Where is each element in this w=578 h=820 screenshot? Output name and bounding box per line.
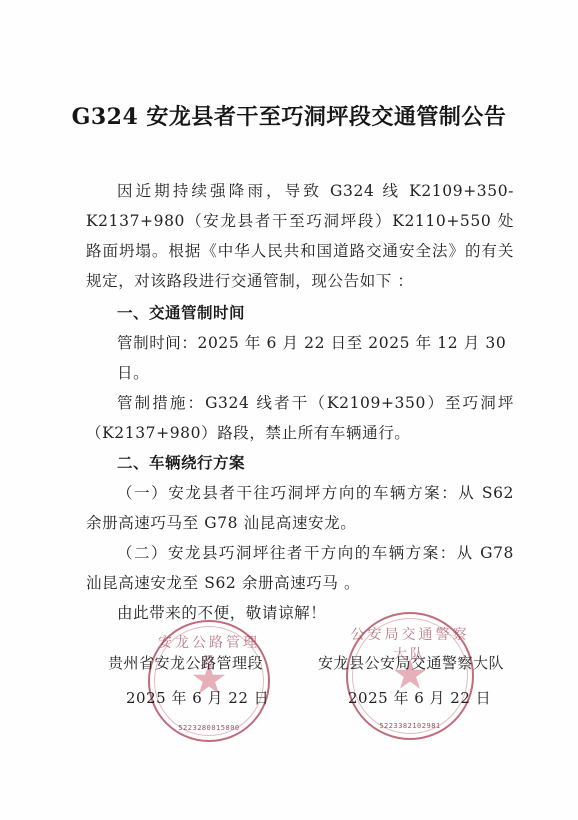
section-heading-control-time: 一、交通管制时间 — [86, 298, 514, 328]
signature-police: 安龙县公安局交通警察大队 2025 年 6 月 22 日 — [318, 652, 504, 708]
seal-code: 5223382102981 — [348, 722, 472, 730]
section-heading-detour: 二、车辆绕行方案 — [86, 448, 514, 478]
detour-plan-2: （二）安龙县巧洞坪往者干方向的车辆方案：从 G78 汕昆高速安龙至 S62 余册… — [86, 538, 514, 598]
signature-org: 安龙县公安局交通警察大队 — [318, 654, 504, 672]
signature-date: 2025 年 6 月 22 日 — [318, 687, 504, 708]
signature-highway: 贵州省安龙公路管理段 2025 年 6 月 22 日 — [108, 652, 269, 708]
control-time-text: 管制时间：2025 年 6 月 22 日至 2025 年 12 月 30 日。 — [86, 328, 514, 388]
detour-plan-1: （一）安龙县者干往巧洞坪方向的车辆方案：从 S62 余册高速巧马至 G78 汕昆… — [86, 478, 514, 538]
seal-code: 5223280015800 — [150, 724, 268, 732]
signature-date: 2025 年 6 月 22 日 — [108, 687, 269, 708]
control-measure-text: 管制措施：G324 线者干（K2109+350）至巧洞坪（K2137+980）路… — [86, 388, 514, 448]
document-title: G324 安龙县者干至巧洞坪段交通管制公告 — [0, 100, 578, 131]
document-page: G324 安龙县者干至巧洞坪段交通管制公告 因近期持续强降雨，导致 G324 线… — [0, 0, 578, 820]
intro-paragraph: 因近期持续强降雨，导致 G324 线 K2109+350-K2137+980（安… — [86, 176, 514, 296]
signature-org: 贵州省安龙公路管理段 — [108, 654, 263, 672]
document-body: 因近期持续强降雨，导致 G324 线 K2109+350-K2137+980（安… — [86, 176, 514, 628]
